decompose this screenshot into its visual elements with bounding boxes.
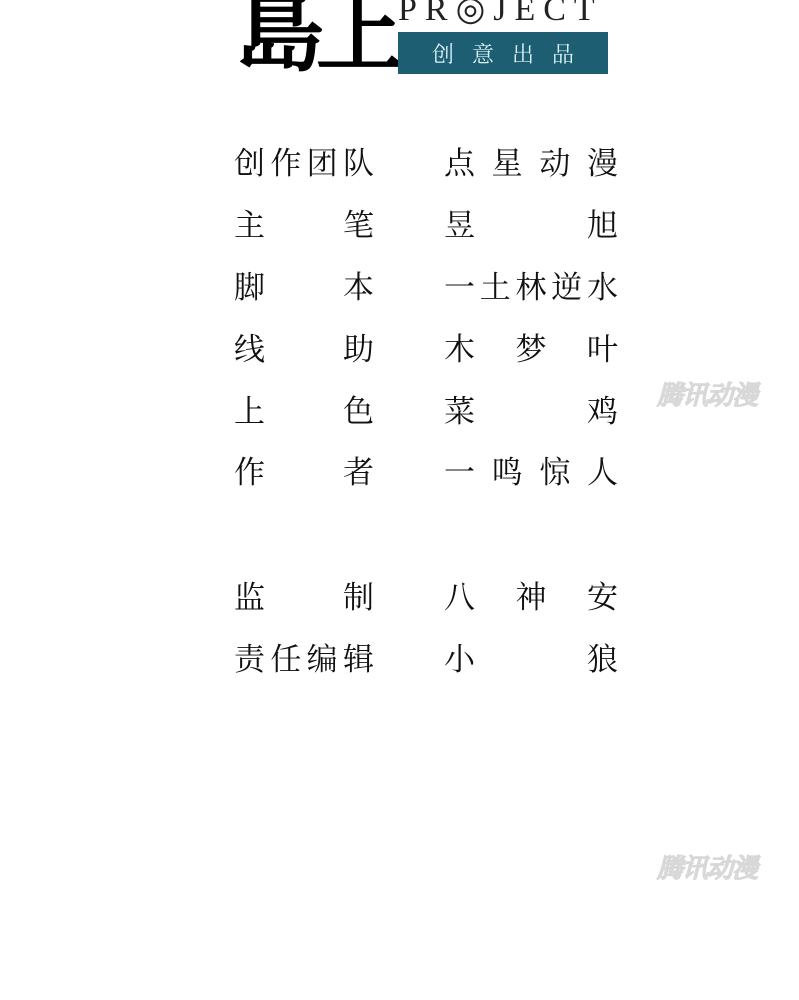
credit-name: 小狼 — [444, 640, 618, 680]
credit-row: 上色菜鸡 — [234, 392, 618, 432]
credit-row: 监制八神安 — [234, 578, 618, 618]
credit-name: 昱旭 — [444, 206, 618, 246]
credit-role: 线助 — [234, 330, 374, 370]
credit-role: 作者 — [234, 453, 374, 493]
watermark-2: 腾讯动漫 — [657, 853, 783, 885]
credit-role: 创作团队 — [234, 144, 374, 184]
logo-mark: 島上 — [236, 0, 396, 82]
credit-role: 责任编辑 — [234, 640, 374, 680]
credit-name: 一鸣惊人 — [444, 453, 618, 493]
logo-subtitle-box: 创意出品 — [398, 32, 608, 74]
credit-row: 线助木梦叶 — [234, 330, 618, 370]
credit-role: 脚本 — [234, 268, 374, 308]
watermark-1: 腾讯动漫 — [657, 380, 783, 412]
logo-project-text: PR◎JECT — [398, 0, 603, 30]
credit-role: 监制 — [234, 578, 374, 618]
credit-row: 创作团队点星动漫 — [234, 144, 618, 184]
credit-name: 点星动漫 — [444, 144, 618, 184]
credit-name: 木梦叶 — [444, 330, 618, 370]
credit-role: 上色 — [234, 392, 374, 432]
credit-name: 菜鸡 — [444, 392, 618, 432]
studio-logo: 島上 PR◎JECT 创意出品 — [236, 0, 611, 80]
credit-name: 一土林逆水 — [444, 268, 618, 308]
credit-row: 作者一鸣惊人 — [234, 453, 618, 493]
credit-row: 主笔昱旭 — [234, 206, 618, 246]
credit-role: 主笔 — [234, 206, 374, 246]
credit-name: 八神安 — [444, 578, 618, 618]
credit-row: 脚本一土林逆水 — [234, 268, 618, 308]
credit-row: 责任编辑小狼 — [234, 640, 618, 680]
